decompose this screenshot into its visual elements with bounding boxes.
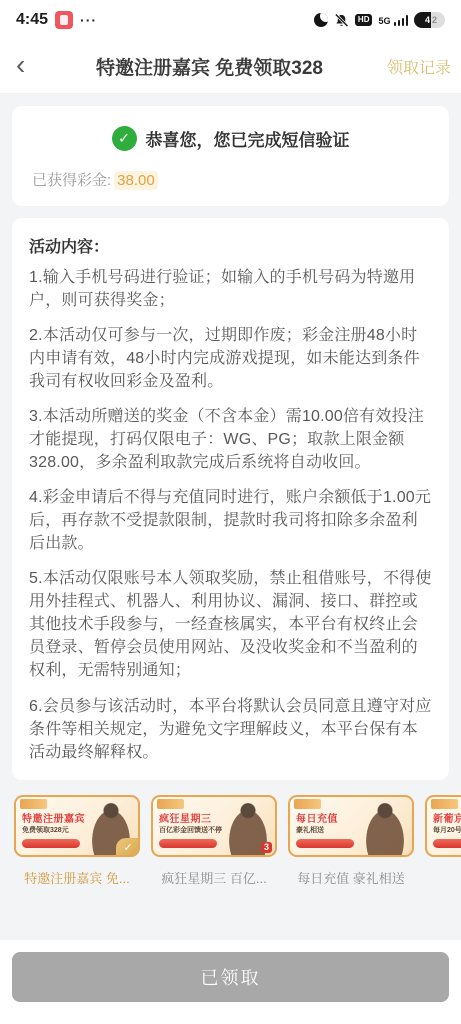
mute-icon	[334, 13, 349, 28]
back-button[interactable]: ‹	[10, 51, 44, 83]
network-type-label: 5G	[378, 17, 390, 26]
promo-banner-crazy-wednesday[interactable]: 疯狂星期三 百亿彩金回馈送不停 3 疯狂星期三 百亿...	[151, 795, 277, 887]
notification-app-icon	[55, 11, 73, 29]
rule-item-3: 3.本活动所赠送的奖金（不含本金）需10.00倍有效投注才能提现，打码仅限电子：…	[29, 405, 432, 474]
do-not-disturb-moon-icon	[314, 13, 328, 27]
ribbon-tag-icon	[294, 799, 321, 809]
claim-history-link[interactable]: 领取记录	[375, 55, 451, 78]
model-photo	[361, 802, 409, 856]
bonus-label: 已获得彩金:	[32, 172, 111, 189]
promo-banner-image: 每日充值 豪礼相送	[288, 795, 414, 857]
claimed-button[interactable]: 已领取	[12, 952, 449, 1002]
banner-caption[interactable]: 特邀注册嘉宾 免...	[14, 868, 140, 887]
ribbon-tag-icon	[157, 799, 184, 809]
success-check-icon: ✓	[112, 126, 137, 151]
banner-count-badge: 3	[261, 842, 272, 853]
success-message: 恭喜您，您已完成短信验证	[146, 126, 350, 151]
promo-carousel[interactable]: 特邀注册嘉宾 免费领取328元 ✓ 特邀注册嘉宾 免... 疯狂星期三 百亿彩金…	[0, 780, 461, 887]
banner-subtitle: 百亿彩金回馈送不停	[159, 825, 222, 835]
ribbon-tag-icon	[20, 799, 47, 809]
rules-title: 活动内容：	[29, 234, 432, 257]
rule-item-1: 1.输入手机号码进行验证；如输入的手机号码为特邀用户，则可获得奖金；	[29, 266, 432, 312]
banner-title: 新葡京	[433, 810, 461, 825]
promo-banner-image: 疯狂星期三 百亿彩金回馈送不停 3	[151, 795, 277, 857]
bonus-amount: 38.00	[114, 171, 158, 190]
promo-banner-invited-guest[interactable]: 特邀注册嘉宾 免费领取328元 ✓ 特邀注册嘉宾 免...	[14, 795, 140, 887]
battery-empty: 2	[431, 12, 445, 28]
banner-cta-pill	[22, 839, 80, 848]
activity-rules-card: 活动内容： 1.输入手机号码进行验证；如输入的手机号码为特邀用户，则可获得奖金；…	[12, 218, 449, 780]
banner-cta-pill	[296, 839, 354, 848]
hd-badge: HD	[355, 14, 373, 26]
banner-caption[interactable]: 新葡京	[425, 868, 461, 887]
sms-verified-card: ✓ 恭喜您，您已完成短信验证 已获得彩金:38.00	[12, 106, 449, 206]
banner-subtitle: 豪礼相送	[296, 825, 324, 835]
page-title: 特邀注册嘉宾 免费领取328	[44, 53, 375, 80]
promo-banner-image: 特邀注册嘉宾 免费领取328元 ✓	[14, 795, 140, 857]
banner-caption[interactable]: 每日充值 豪礼相送	[288, 868, 414, 887]
battery-indicator: 4 2	[414, 12, 445, 28]
banner-title: 每日充值	[296, 810, 338, 825]
bottom-action-bar: 已领取	[0, 940, 461, 1024]
banner-cta-pill	[433, 839, 461, 848]
bonus-row: 已获得彩金:38.00	[28, 169, 433, 190]
rule-item-2: 2.本活动仅可参与一次，过期即作废；彩金注册48小时内申请有效，48小时内完成游…	[29, 324, 432, 393]
banner-subtitle: 每月20号	[433, 825, 461, 835]
banner-title: 特邀注册嘉宾	[22, 810, 85, 825]
status-bar: 4:45 ··· HD 5G 4 2	[0, 0, 461, 40]
signal-strength-icon: 5G	[378, 15, 408, 26]
rule-item-4: 4.彩金申请后不得与充值同时进行，账户余额低于1.00元后，再存款不受提款限制，…	[29, 486, 432, 555]
promo-banner-daily-deposit[interactable]: 每日充值 豪礼相送 每日充值 豪礼相送	[288, 795, 414, 887]
banner-title: 疯狂星期三	[159, 810, 212, 825]
more-dots-icon: ···	[80, 12, 97, 28]
nav-header: ‹ 特邀注册嘉宾 免费领取328 领取记录	[0, 40, 461, 94]
rule-item-5: 5.本活动仅限账号本人领取奖励，禁止租借账号，不得使用外挂程式、机器人、利用协议…	[29, 567, 432, 682]
selected-check-icon: ✓	[116, 838, 140, 857]
banner-caption[interactable]: 疯狂星期三 百亿...	[151, 868, 277, 887]
clock: 4:45	[16, 11, 48, 29]
banner-subtitle: 免费领取328元	[22, 825, 69, 835]
promo-banner-image: 新葡京 每月20号	[425, 795, 461, 857]
rule-item-6: 6.会员参与该活动时，本平台将默认会员同意且遵守对应条件等相关规定，为避免文字理…	[29, 695, 432, 764]
promo-banner-xinpujing[interactable]: 新葡京 每月20号 新葡京	[425, 795, 461, 887]
ribbon-tag-icon	[431, 799, 458, 809]
battery-fill: 4	[414, 12, 431, 28]
signal-bars-icon	[394, 15, 409, 26]
banner-cta-pill	[159, 839, 217, 848]
